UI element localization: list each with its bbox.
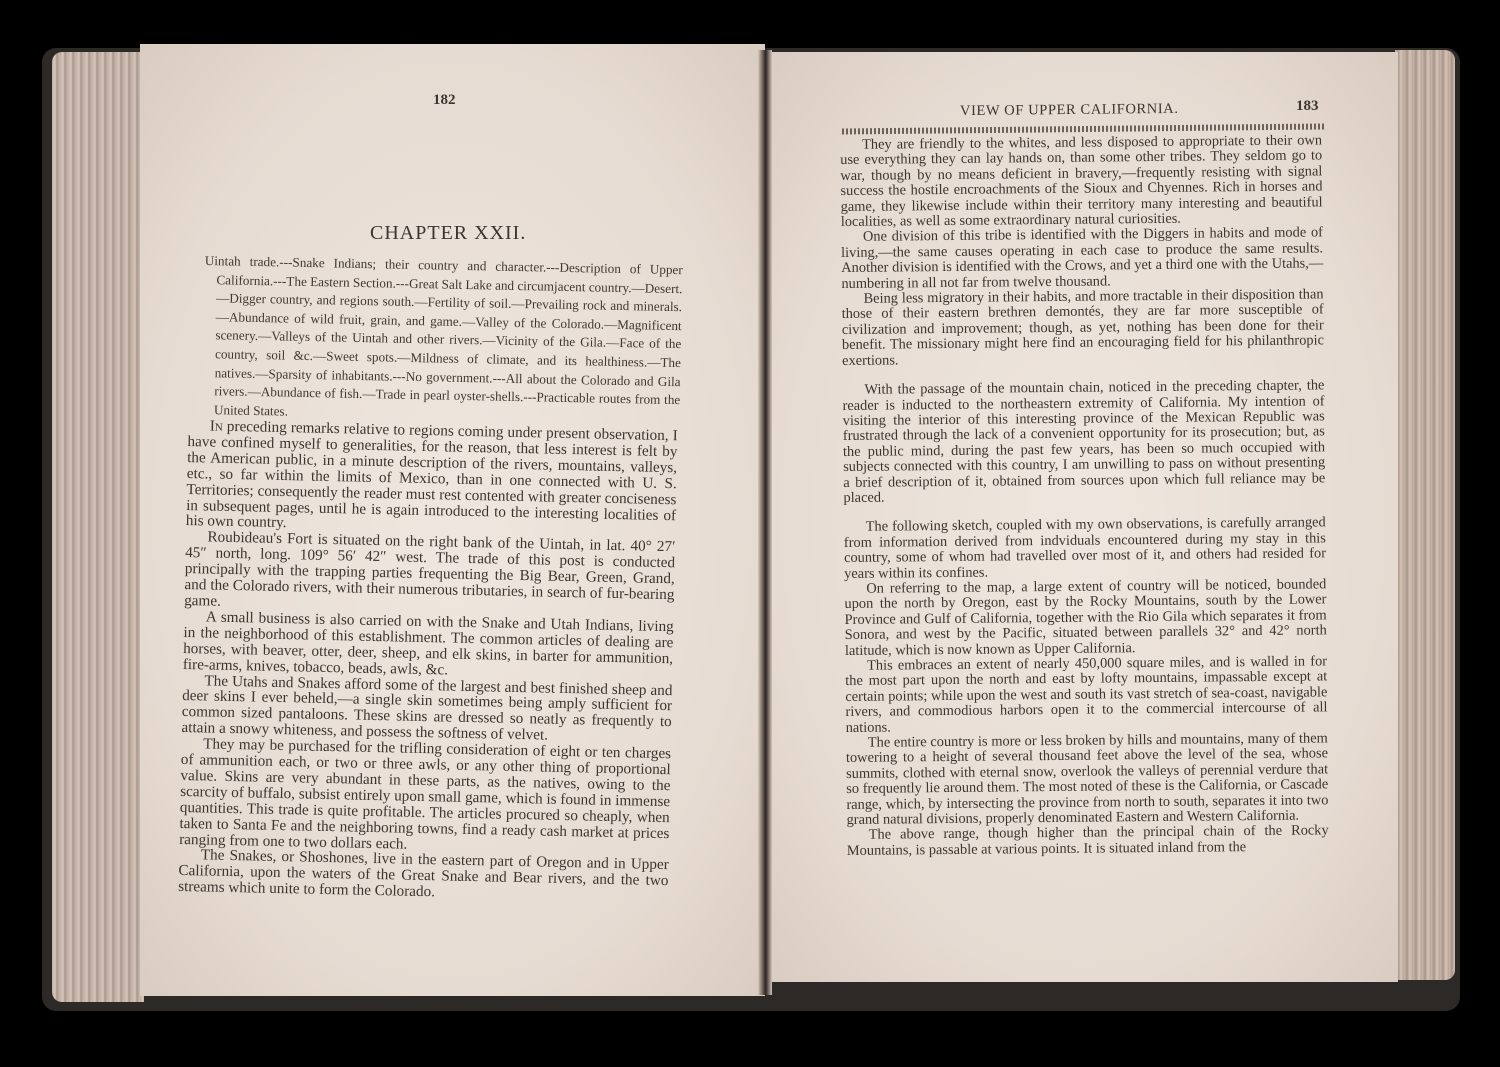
paragraph: They may be purchased for the trifling c… bbox=[179, 736, 671, 858]
running-head: VIEW OF UPPER CALIFORNIA. bbox=[960, 101, 1179, 120]
paragraph: One division of this tribe is identified… bbox=[841, 226, 1324, 292]
right-page-number: 183 bbox=[1296, 98, 1319, 115]
paragraph: The entire country is more or less broke… bbox=[846, 731, 1329, 828]
chapter-synopsis: Uintah trade.---Snake Indians; their cou… bbox=[202, 252, 683, 428]
paragraph: In preceding remarks relative to regions… bbox=[186, 418, 678, 540]
right-page-edges bbox=[1395, 50, 1455, 980]
paragraph: On referring to the map, a large extent … bbox=[844, 577, 1327, 659]
paragraph: The Utahs and Snakes afford some of the … bbox=[181, 672, 672, 746]
left-page-edges bbox=[52, 52, 144, 1002]
paragraph: The above range, though higher than the … bbox=[847, 824, 1329, 859]
paragraph: A small business is also carried on with… bbox=[183, 609, 674, 683]
paragraph: This embraces an extent of nearly 450,00… bbox=[845, 654, 1328, 736]
book-gutter bbox=[758, 50, 772, 995]
left-page-number: 182 bbox=[433, 92, 456, 109]
paragraph: Being less migratory in their habits, an… bbox=[841, 287, 1324, 369]
paragraph: Roubideau's Fort is situated on the righ… bbox=[184, 529, 676, 619]
drop-word: In bbox=[210, 417, 223, 434]
paragraph: The Snakes, or Shoshones, live in the ea… bbox=[178, 847, 669, 905]
paragraph: The following sketch, coupled with my ow… bbox=[844, 516, 1327, 582]
paragraph: They are friendly to the whites, and les… bbox=[840, 133, 1323, 230]
chapter-title: CHAPTER XXII. bbox=[370, 222, 526, 245]
right-page-body: They are friendly to the whites, and les… bbox=[840, 133, 1329, 859]
paragraph: With the passage of the mountain chain, … bbox=[842, 378, 1325, 506]
left-page-body: In preceding remarks relative to regions… bbox=[178, 418, 678, 905]
synopsis-text: Uintah trade.---Snake Indians; their cou… bbox=[202, 252, 683, 428]
